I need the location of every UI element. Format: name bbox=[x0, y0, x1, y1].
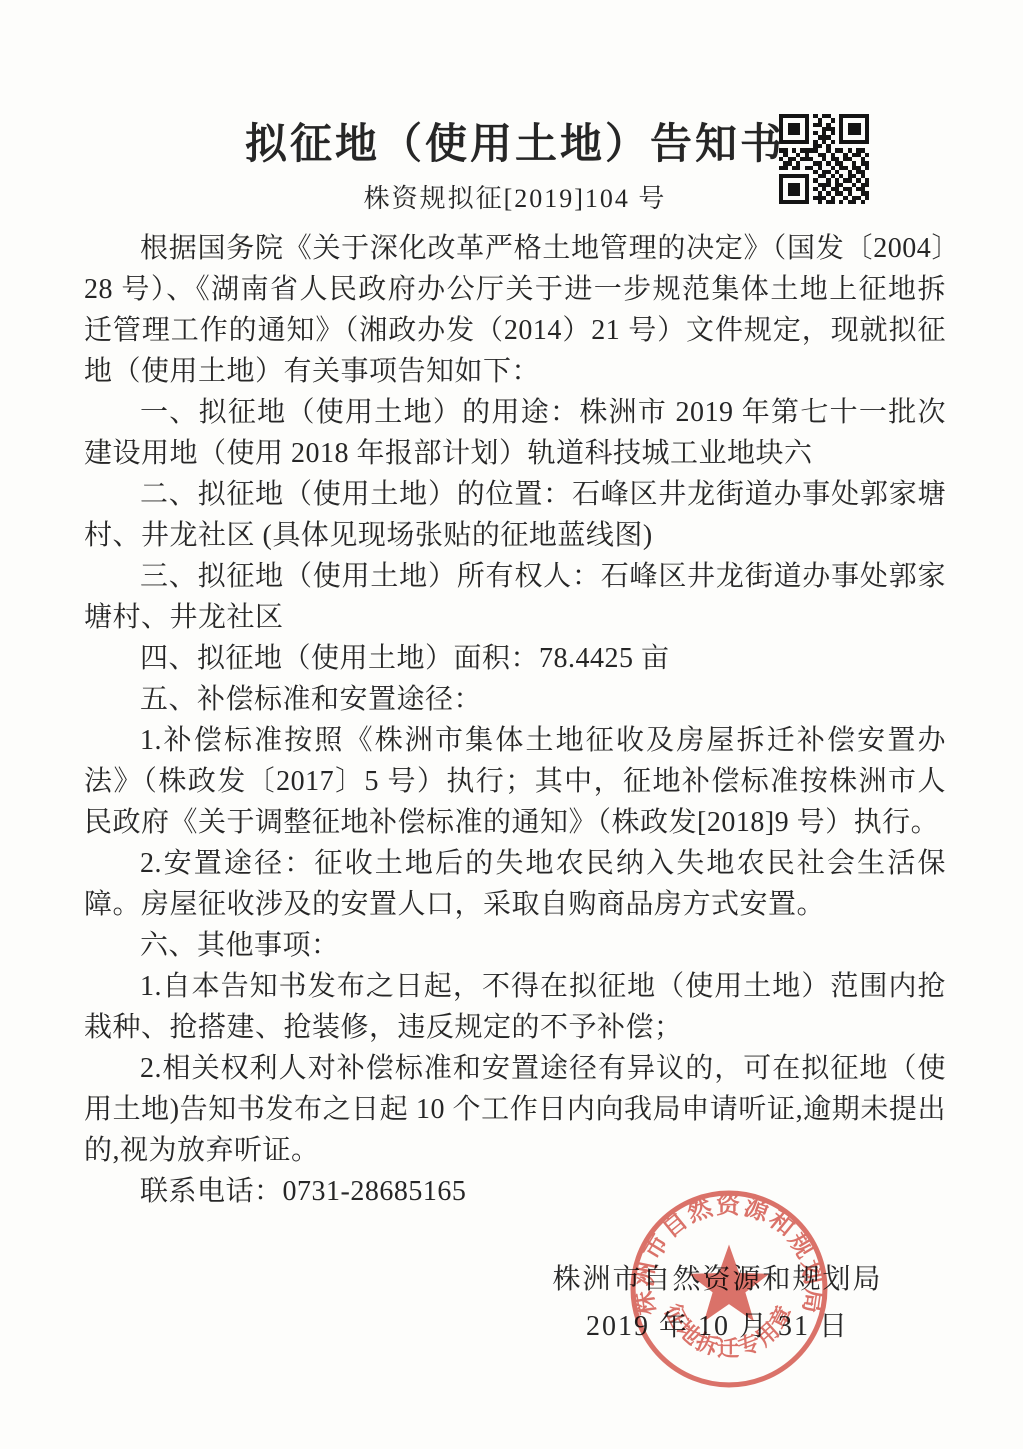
paragraph: 根据国务院《关于深化改革严格土地管理的决定》（国发〔2004〕28 号）、《湖南… bbox=[84, 228, 946, 392]
paragraph: 四、拟征地（使用土地）面积：78.4425 亩 bbox=[84, 638, 946, 679]
paragraph: 二、拟征地（使用土地）的位置：石峰区井龙街道办事处郭家塘村、井龙社区 (具体见现… bbox=[84, 474, 946, 556]
paragraph: 1.补偿标准按照《株洲市集体土地征收及房屋拆迁补偿安置办法》（株政发〔2017〕… bbox=[84, 720, 946, 843]
signature-block: 株洲市自然资源和规划局 2019 年 10 月 31 日 bbox=[545, 1256, 890, 1350]
paragraph: 六、其他事项： bbox=[84, 925, 946, 966]
document-number: 株资规拟征[2019]104 号 bbox=[84, 184, 946, 214]
document-title: 拟征地（使用土地）告知书 bbox=[84, 118, 946, 172]
signature-date: 2019 年 10 月 31 日 bbox=[545, 1303, 890, 1350]
document-content: 拟征地（使用土地）告知书 株资规拟征[2019]104 号 根据国务院《关于深化… bbox=[84, 118, 946, 1212]
paragraph: 五、补偿标准和安置途径： bbox=[84, 679, 946, 720]
paragraph: 2.相关权利人对补偿标准和安置途径有异议的，可在拟征地（使用土地)告知书发布之日… bbox=[84, 1048, 946, 1171]
paragraph: 2.安置途径：征收土地后的失地农民纳入失地农民社会生活保障。房屋征收涉及的安置人… bbox=[84, 843, 946, 925]
paragraph: 1.自本告知书发布之日起，不得在拟征地（使用土地）范围内抢栽种、抢搭建、抢装修，… bbox=[84, 966, 946, 1048]
paragraph: 一、拟征地（使用土地）的用途：株洲市 2019 年第七十一批次建设用地（使用 2… bbox=[84, 392, 946, 474]
signature-agency: 株洲市自然资源和规划局 bbox=[545, 1256, 890, 1303]
paragraph: 联系电话：0731-28685165 bbox=[84, 1171, 946, 1212]
document-body: 根据国务院《关于深化改革严格土地管理的决定》（国发〔2004〕28 号）、《湖南… bbox=[84, 228, 946, 1212]
paragraph: 三、拟征地（使用土地）所有权人：石峰区井龙街道办事处郭家塘村、井龙社区 bbox=[84, 556, 946, 638]
document-page: 拟征地（使用土地）告知书 株资规拟征[2019]104 号 根据国务院《关于深化… bbox=[0, 0, 1023, 1449]
